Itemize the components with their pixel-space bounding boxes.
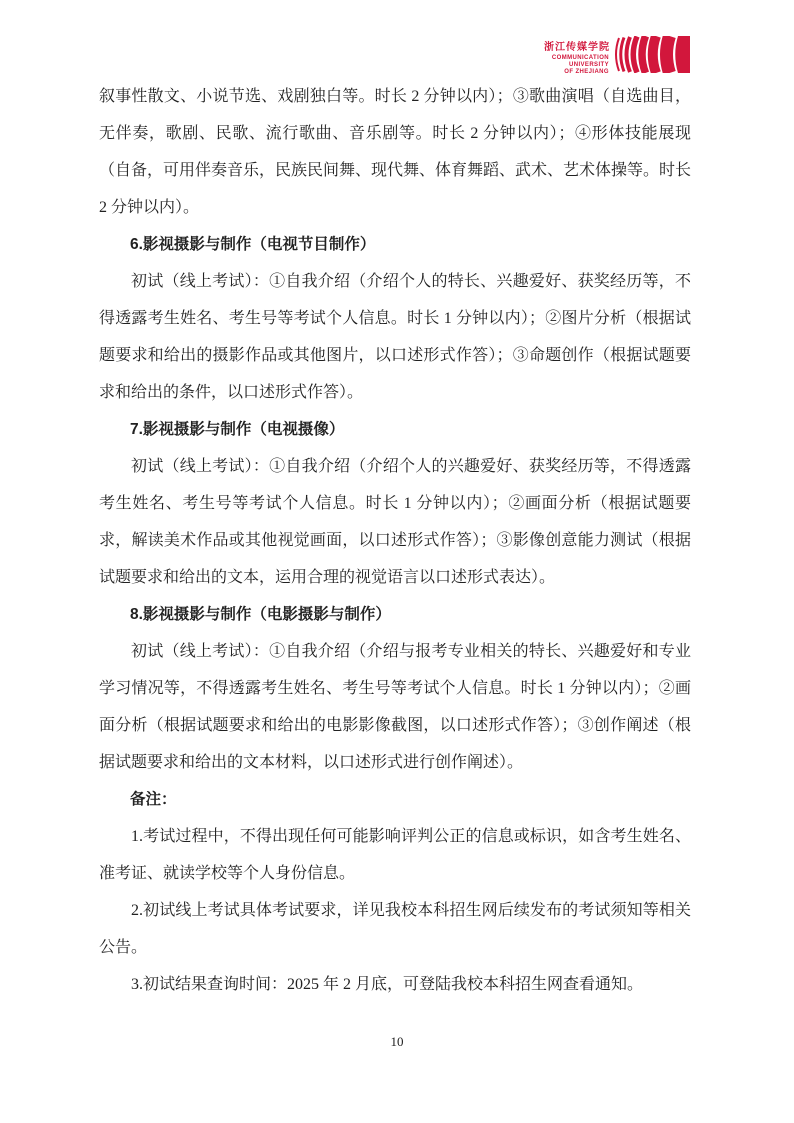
remarks-heading: 备注：: [99, 781, 691, 818]
section-heading-7: 7.影视摄影与制作（电视摄像）: [99, 411, 691, 448]
page-number: 10: [0, 1034, 794, 1050]
paragraph-section-6-exam: 初试（线上考试）：①自我介绍（介绍个人的特长、兴趣爱好、获奖经历等，不得透露考生…: [99, 263, 691, 411]
university-name-english: COMMUNICATION UNIVERSITY OF ZHEJIANG: [544, 55, 609, 76]
university-logo: 浙江传媒学院 COMMUNICATION UNIVERSITY OF ZHEJI…: [544, 36, 690, 76]
soundwave-emblem-icon: [612, 36, 690, 73]
document-body: 叙事性散文、小说节选、戏剧独白等。时长 2 分钟以内）；③歌曲演唱（自选曲目，无…: [99, 78, 691, 1003]
paragraph-continuation: 叙事性散文、小说节选、戏剧独白等。时长 2 分钟以内）；③歌曲演唱（自选曲目，无…: [99, 78, 691, 226]
university-logo-text: 浙江传媒学院 COMMUNICATION UNIVERSITY OF ZHEJI…: [544, 36, 609, 76]
paragraph-section-7-exam: 初试（线上考试）：①自我介绍（介绍个人的兴趣爱好、获奖经历等，不得透露考生姓名、…: [99, 448, 691, 596]
remark-item-3: 3.初试结果查询时间：2025 年 2 月底，可登陆我校本科招生网查看通知。: [99, 966, 691, 1003]
university-name-english-line: UNIVERSITY: [544, 62, 609, 69]
remark-item-2: 2.初试线上考试具体考试要求，详见我校本科招生网后续发布的考试须知等相关公告。: [99, 892, 691, 966]
paragraph-section-8-exam: 初试（线上考试）：①自我介绍（介绍与报考专业相关的特长、兴趣爱好和专业学习情况等…: [99, 633, 691, 781]
university-name-english-line: OF ZHEJIANG: [544, 69, 609, 76]
section-heading-8: 8.影视摄影与制作（电影摄影与制作）: [99, 596, 691, 633]
university-name-chinese: 浙江传媒学院: [544, 38, 609, 53]
section-heading-6: 6.影视摄影与制作（电视节目制作）: [99, 226, 691, 263]
university-name-english-line: COMMUNICATION: [544, 55, 609, 62]
document-page: 浙江传媒学院 COMMUNICATION UNIVERSITY OF ZHEJI…: [0, 0, 794, 1123]
remark-item-1: 1.考试过程中，不得出现任何可能影响评判公正的信息或标识，如含考生姓名、准考证、…: [99, 818, 691, 892]
